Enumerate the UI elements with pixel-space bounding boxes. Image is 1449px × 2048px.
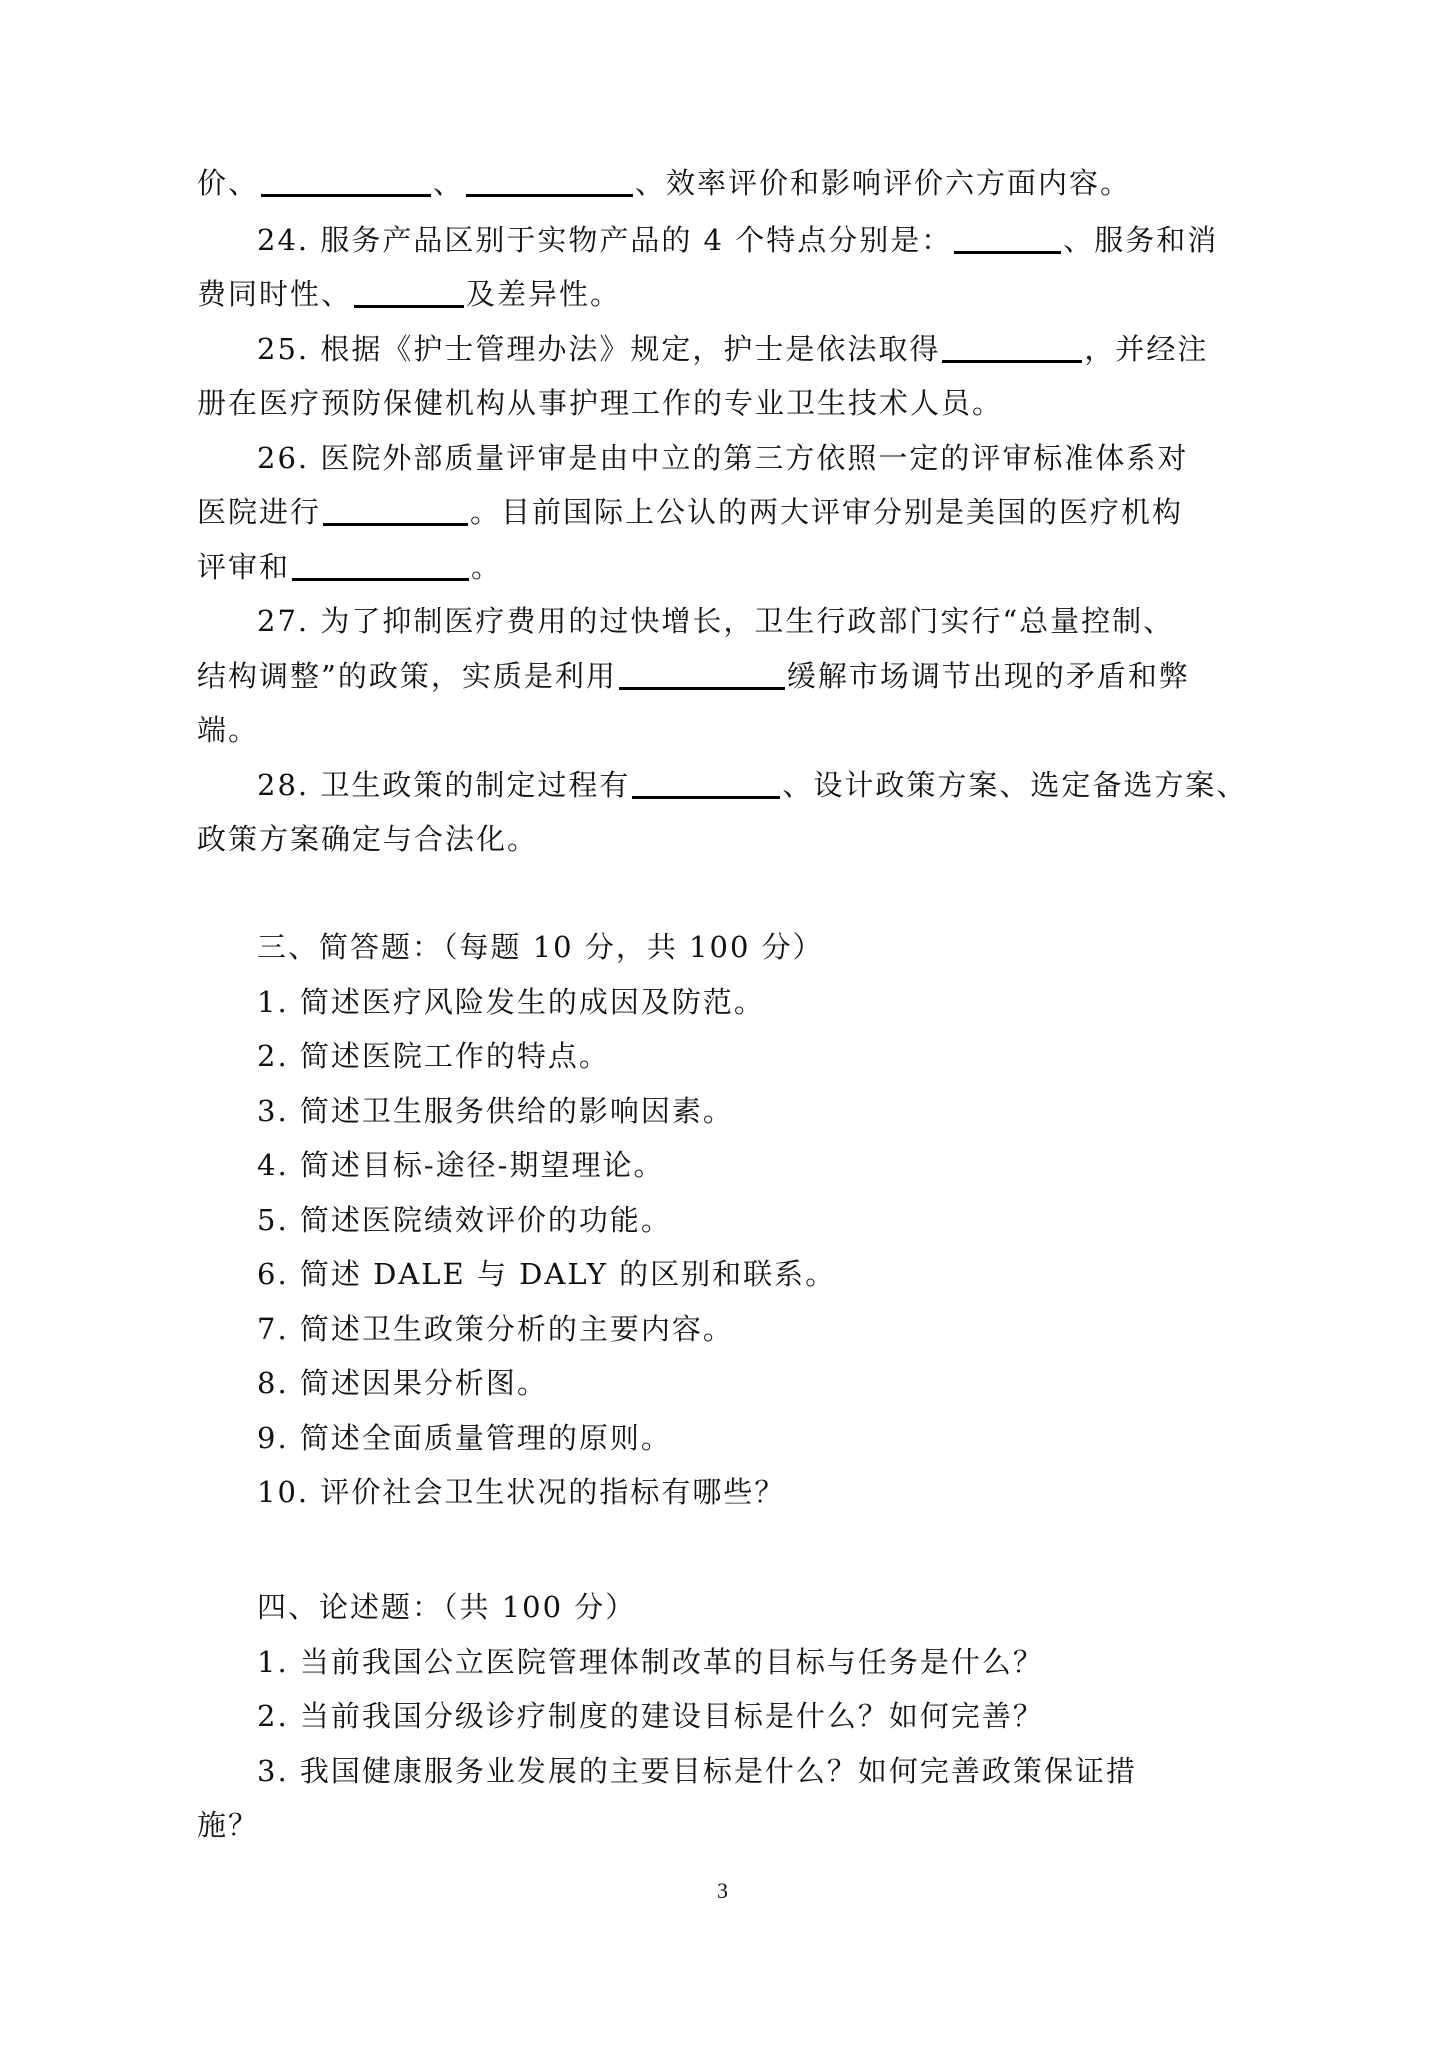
q26-text: 26. 医院外部质量评审是由中立的第三方依照一定的评审标准体系对 [257,441,1188,475]
q24-line-1: 24. 服务产品区别于实物产品的 4 个特点分别是：、服务和消 [257,218,1218,262]
section-heading-essay: 四、论述题：（共 100 分） [257,1585,636,1629]
q25-text: ，并经注 [1084,332,1208,366]
short-answer-item: 3. 简述卫生服务供给的影响因素。 [257,1089,734,1133]
answer-blank [292,548,469,581]
q28-text: 、设计政策方案、选定备选方案、 [782,768,1247,802]
q27-text: 缓解市场调节出现的矛盾和弊 [787,659,1190,693]
page-number: 3 [717,1876,728,1906]
q27-text: 结构调整”的政策，实质是利用 [197,659,617,693]
short-answer-item: 4. 简述目标-途径-期望理论。 [257,1143,665,1187]
short-answer-item: 8. 简述因果分析图。 [257,1361,548,1405]
answer-blank [619,657,785,690]
q26-text: 。目前国际上公认的两大评审分别是美国的医疗机构 [470,495,1183,529]
answer-blank [954,221,1061,254]
answer-blank [354,275,464,308]
q23-tail-line: 价、、、效率评价和影响评价六方面内容。 [197,161,1131,205]
q27-line-3: 端。 [197,708,259,752]
q23-text: 、效率评价和影响评价六方面内容。 [635,166,1131,200]
answer-blank [466,164,633,197]
essay-item: 1. 当前我国公立医院管理体制改革的目标与任务是什么？ [257,1640,1044,1684]
q27-line-1: 27. 为了抑制医疗费用的过快增长，卫生行政部门实行“总量控制、 [257,599,1174,643]
document-page: 价、、、效率评价和影响评价六方面内容。 24. 服务产品区别于实物产品的 4 个… [0,0,1449,2048]
q28-line-2: 政策方案确定与合法化。 [197,817,538,861]
q28-text: 政策方案确定与合法化。 [197,822,538,856]
q25-line-1: 25. 根据《护士管理办法》规定，护士是依法取得，并经注 [257,327,1208,371]
q24-line-2: 费同时性、及差异性。 [197,272,621,316]
q23-text: 、 [433,166,464,200]
short-answer-item: 5. 简述医院绩效评价的功能。 [257,1198,672,1242]
q27-text: 端。 [197,713,259,747]
short-answer-item: 9. 简述全面质量管理的原则。 [257,1416,672,1460]
essay-item-3-line-1: 3. 我国健康服务业发展的主要目标是什么？如何完善政策保证措 [257,1749,1137,1793]
essay-item: 2. 当前我国分级诊疗制度的建设目标是什么？如何完善？ [257,1694,1044,1738]
section-heading-short-answer: 三、简答题：（每题 10 分，共 100 分） [257,925,824,969]
q26-line-3: 评审和。 [197,545,502,589]
answer-blank [942,330,1082,363]
q23-text: 价、 [197,166,259,200]
q28-line-1: 28. 卫生政策的制定过程有、设计政策方案、选定备选方案、 [257,763,1247,807]
answer-blank [323,493,468,526]
q28-text: 28. 卫生政策的制定过程有 [257,768,630,802]
q24-text: 24. 服务产品区别于实物产品的 4 个特点分别是： [257,223,952,257]
short-answer-item: 2. 简述医院工作的特点。 [257,1034,610,1078]
q24-text: 、服务和消 [1063,223,1218,257]
q26-line-1: 26. 医院外部质量评审是由中立的第三方依照一定的评审标准体系对 [257,436,1188,480]
q25-line-2: 册在医疗预防保健机构从事护理工作的专业卫生技术人员。 [197,381,1003,425]
answer-blank [632,766,780,799]
q24-text: 及差异性。 [466,277,621,311]
short-answer-item: 10. 评价社会卫生状况的指标有哪些？ [257,1470,785,1514]
q27-line-2: 结构调整”的政策，实质是利用缓解市场调节出现的矛盾和弊 [197,654,1190,698]
short-answer-item: 6. 简述 DALE 与 DALY 的区别和联系。 [257,1252,836,1296]
q26-line-2: 医院进行。目前国际上公认的两大评审分别是美国的医疗机构 [197,490,1183,534]
q27-text: 27. 为了抑制医疗费用的过快增长，卫生行政部门实行“总量控制、 [257,604,1174,638]
q25-text: 册在医疗预防保健机构从事护理工作的专业卫生技术人员。 [197,386,1003,420]
short-answer-item: 7. 简述卫生政策分析的主要内容。 [257,1307,734,1351]
short-answer-item: 1. 简述医疗风险发生的成因及防范。 [257,980,765,1024]
q26-text: 评审和 [197,550,290,584]
q25-text: 25. 根据《护士管理办法》规定，护士是依法取得 [257,332,940,366]
q26-text: 医院进行 [197,495,321,529]
essay-item-3-line-2: 施？ [197,1803,259,1847]
q26-text: 。 [471,550,502,584]
answer-blank [261,164,431,197]
q24-text: 费同时性、 [197,277,352,311]
